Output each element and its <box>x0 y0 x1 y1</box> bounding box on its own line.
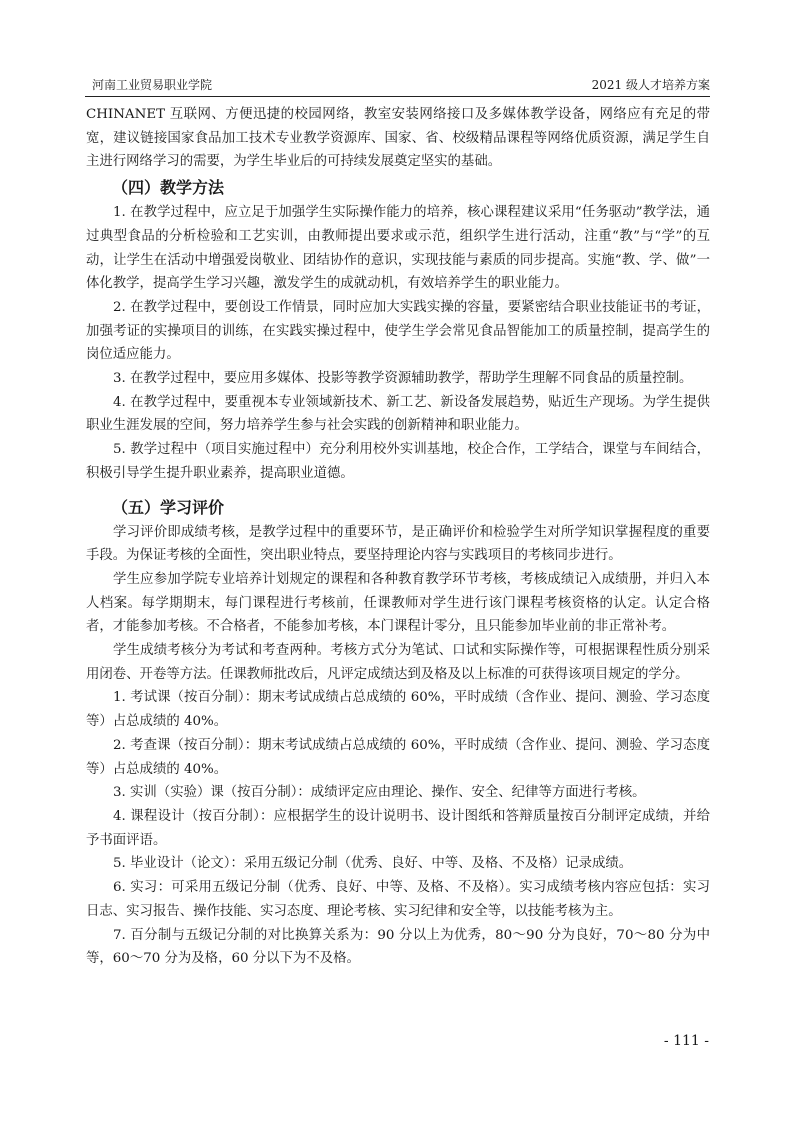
header-divider <box>85 96 710 97</box>
page-body: CHINANET 互联网、方便迅捷的校园网络，教室安装网络接口及多媒体教学设备，… <box>86 103 710 971</box>
teaching-method-item: 4. 在教学过程中，要重视本专业领域新技术、新工艺、新设备发展趋势，贴近生产现场… <box>86 391 710 438</box>
page-header: 河南工业贸易职业学院 2021 级人才培养方案 <box>90 76 710 96</box>
teaching-method-item: 3. 在教学过程中，要应用多媒体、投影等教学资源辅助教学，帮助学生理解不同食品的… <box>86 367 710 391</box>
teaching-method-item: 1. 在教学过程中，应立足于加强学生实际操作能力的培养，核心课程建议采用“任务驱… <box>86 201 710 296</box>
evaluation-paragraph: 学生成绩考核分为考试和考查两种。考核方式分为笔试、口试和实际操作等，可根据课程性… <box>86 639 710 686</box>
evaluation-item: 4. 课程设计（按百分制）：应根据学生的设计说明书、设计图纸和答辩质量按百分制评… <box>86 805 710 852</box>
section-heading-learning-evaluation: （五）学习评价 <box>86 494 710 521</box>
teaching-method-item: 5. 教学过程中（项目实施过程中）充分利用校外实训基地，校企合作，工学结合，课堂… <box>86 438 710 485</box>
header-institution: 河南工业贸易职业学院 <box>92 76 212 93</box>
page-number: - 111 - <box>664 1033 709 1049</box>
evaluation-item: 5. 毕业设计（论文）：采用五级记分制（优秀、良好、中等、及格、不及格）记录成绩… <box>86 852 710 876</box>
evaluation-item: 1. 考试课（按百分制）：期末考试成绩占总成绩的 60%，平时成绩（含作业、提问… <box>86 686 710 733</box>
evaluation-item: 2. 考查课（按百分制）：期末考试成绩占总成绩的 60%，平时成绩（含作业、提问… <box>86 734 710 781</box>
evaluation-item: 3. 实训（实验）课（按百分制）：成绩评定应由理论、操作、安全、纪律等方面进行考… <box>86 781 710 805</box>
evaluation-paragraph: 学习评价即成绩考核，是教学过程中的重要环节，是正确评价和检验学生对所学知识掌握程… <box>86 521 710 568</box>
evaluation-item: 6. 实习：可采用五级记分制（优秀、良好、中等、及格、不及格）。实习成绩考核内容… <box>86 876 710 923</box>
intro-paragraph: CHINANET 互联网、方便迅捷的校园网络，教室安装网络接口及多媒体教学设备，… <box>86 103 710 174</box>
teaching-method-item: 2. 在教学过程中，要创设工作情景，同时应加大实践实操的容量，要紧密结合职业技能… <box>86 296 710 367</box>
section-heading-teaching-methods: （四）教学方法 <box>86 174 710 201</box>
header-doc-title: 2021 级人才培养方案 <box>592 76 710 93</box>
evaluation-paragraph: 学生应参加学院专业培养计划规定的课程和各种教育教学环节考核，考核成绩记入成绩册，… <box>86 568 710 639</box>
evaluation-item: 7. 百分制与五级记分制的对比换算关系为：90 分以上为优秀，80～90 分为良… <box>86 924 710 971</box>
